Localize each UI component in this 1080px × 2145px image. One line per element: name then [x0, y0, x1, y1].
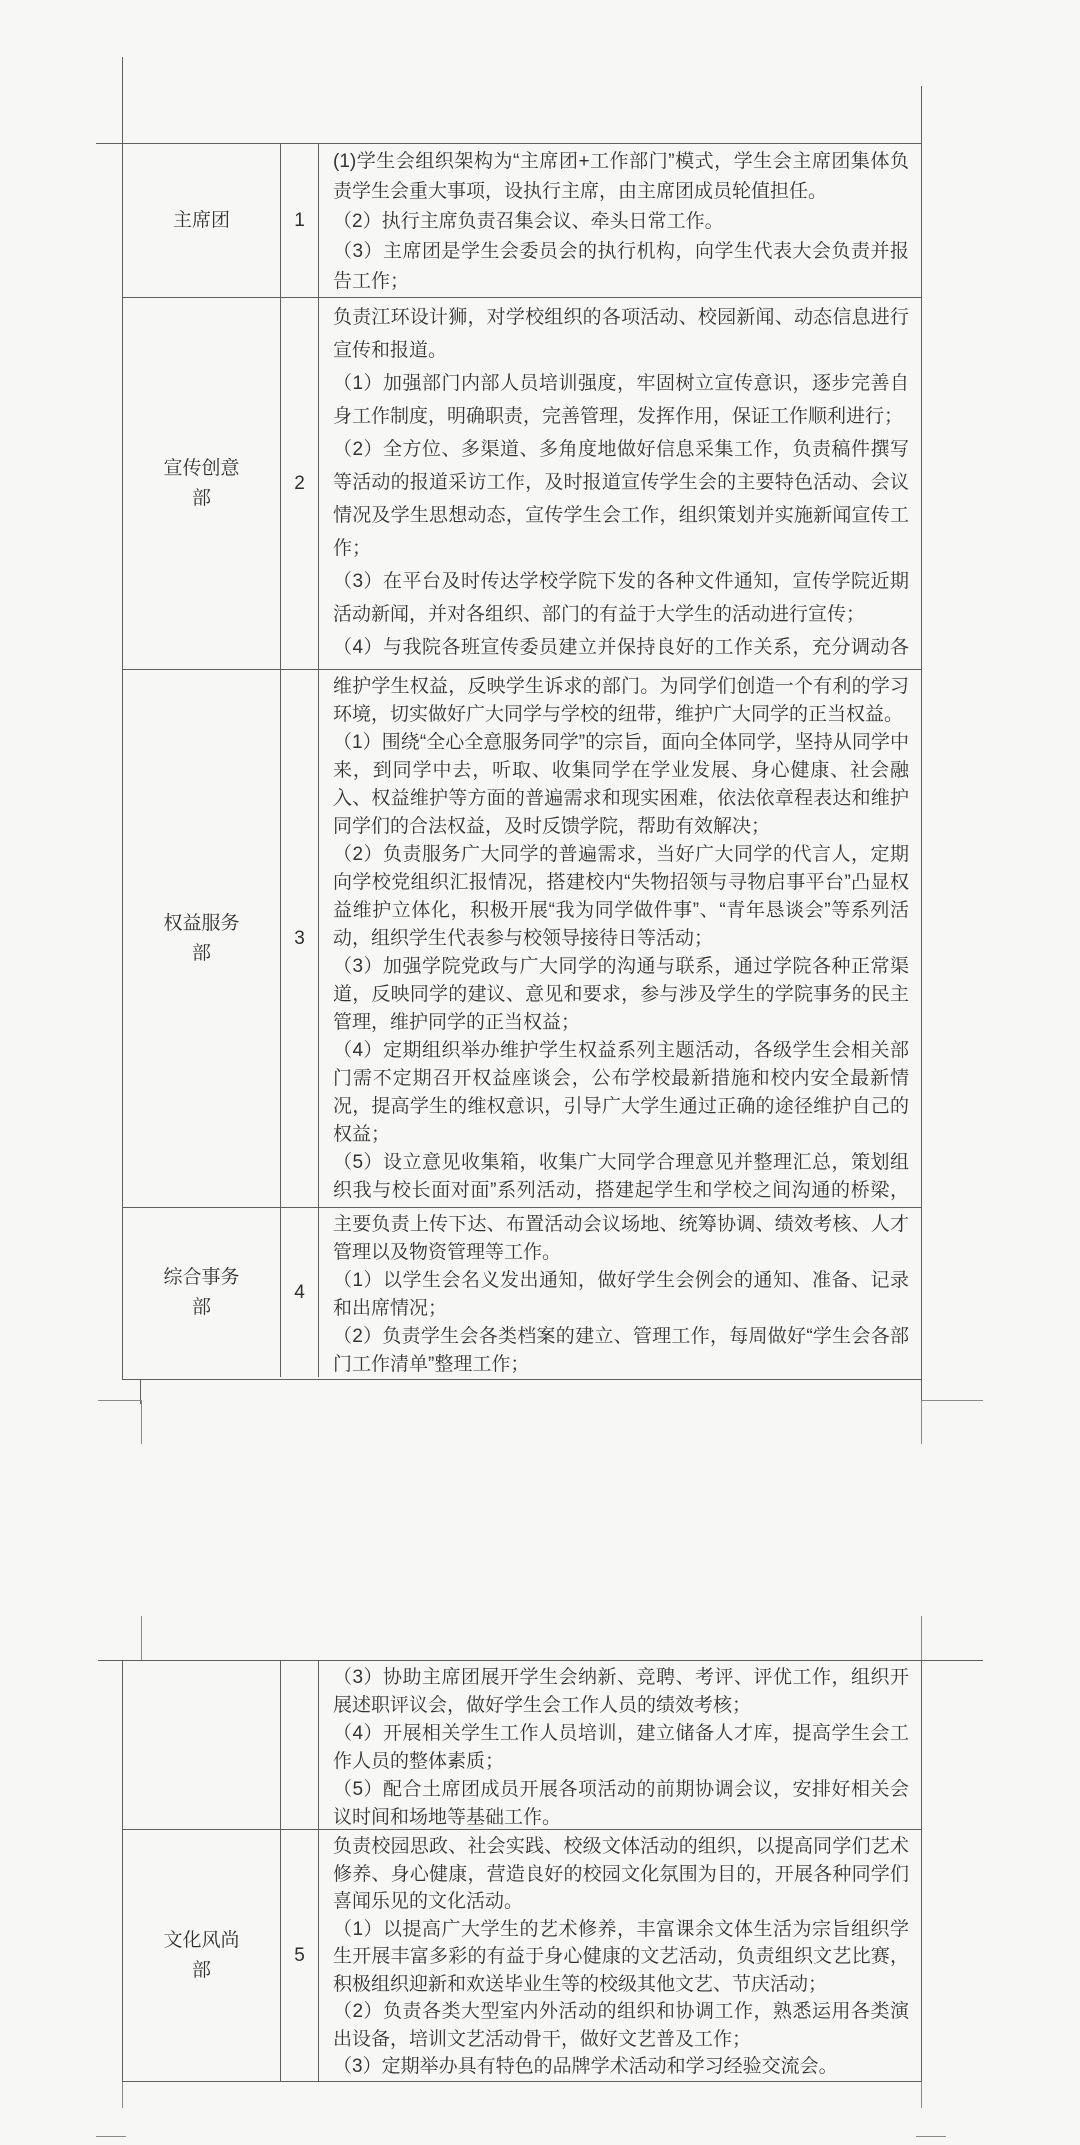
duty-paragraph: （2）负责学生会各类档案的建立、管理工作，每周做好“学生会各部门工作清单”整理工…: [333, 1323, 909, 1377]
department-cell: 主席团: [123, 144, 281, 297]
crop-mark-gap-bottomleft-v: [141, 1616, 142, 1660]
duty-paragraph: （2）负责服务广大同学的普遍需求，当好广大同学的代言人，定期向学校党组织汇报情况…: [333, 841, 909, 953]
duty-paragraph: （4）开展相关学生工作人员培训，建立储备人才库，提高学生会工作人员的整体素质；: [333, 1720, 909, 1776]
duty-paragraph: （3）定期举办具有特色的品牌学术活动和学习经验交流会。: [333, 2053, 909, 2081]
duty-paragraph: （3）在平台及时传达学校学院下发的各种文件通知，宣传学院近期活动新闻，并对各组织…: [333, 565, 909, 631]
crop-mark-gap-topright-h: [921, 1400, 983, 1401]
crop-mark-bottom-left-tick: [96, 2136, 126, 2137]
row-number-cell: [281, 1661, 319, 1829]
duties-cell: 主要负责上传下达、布置活动会议场地、统筹协调、绩效考核、人才管理以及物资管理等工…: [319, 1208, 921, 1377]
duties-cell: 负责校园思政、社会实践、校级文体活动的组织，以提高同学们艺术修养、身心健康，营造…: [319, 1830, 921, 2081]
row-number: 2: [294, 473, 305, 495]
duties-cell: 维护学生权益，反映学生诉求的部门。为同学们创造一个有利的学习环境，切实做好广大同…: [319, 670, 921, 1207]
duty-paragraph: （2）执行主席负责召集会议、牵头日常工作。: [333, 207, 909, 237]
duty-paragraph: 主要负责上传下达、布置活动会议场地、统筹协调、绩效考核、人才管理以及物资管理等工…: [333, 1211, 909, 1267]
crop-mark-top-left-vertical: [122, 57, 123, 143]
duty-paragraph: （1）加强部门内部人员培训强度，牢固树立宣传意识，逐步完善自身工作制度，明确职责…: [333, 367, 909, 433]
crop-mark-top-right-vertical: [921, 86, 922, 143]
row-number-cell: 2: [281, 298, 319, 669]
row-number-cell: 5: [281, 1830, 319, 2081]
crop-mark-bottom-left-stub: [122, 2082, 123, 2108]
duty-paragraph: （3）加强学院党政与广大同学的沟通与联系，通过学院各种正常渠道，反映同学的建议、…: [333, 953, 909, 1037]
crop-mark-bottom-right-tick: [916, 2136, 946, 2137]
duty-paragraph: （2）负责各类大型室内外活动的组织和协调工作，熟悉运用各类演出设备，培训文艺活动…: [333, 1998, 909, 2053]
duty-paragraph: （4）定期组织举办维护学生权益系列主题活动，各级学生会相关部门需不定期召开权益座…: [333, 1037, 909, 1149]
department-name: 文化风尚部: [156, 1926, 248, 1986]
duty-paragraph: 维护学生权益，反映学生诉求的部门。为同学们创造一个有利的学习环境，切实做好广大同…: [333, 673, 909, 729]
department-name: 宣传创意部: [156, 454, 248, 514]
row-number: 4: [294, 1282, 305, 1304]
department-name: 权益服务部: [156, 909, 248, 969]
duty-paragraph: (1)学生会组织架构为“主席团+工作部门”模式，学生会主席团集体负责学生会重大事…: [333, 147, 909, 207]
duty-paragraph: 负责校园思政、社会实践、校级文体活动的组织，以提高同学们艺术修养、身心健康，营造…: [333, 1833, 909, 1916]
crop-mark-gap-bottomright-v: [921, 1616, 922, 1660]
department-cell: 文化风尚部: [123, 1830, 281, 2081]
crop-mark-bottom-right-stub: [921, 2082, 922, 2108]
crop-mark-top-left-tick: [96, 143, 122, 144]
duty-paragraph: 负责江环设计狮，对学校组织的各项活动、校园新闻、动态信息进行宣传和报道。: [333, 301, 909, 367]
table-row: （3）协助主席团展开学生会纳新、竞聘、考评、评优工作，组织开展述职评议会，做好学…: [123, 1661, 921, 1829]
duty-paragraph: （3）协助主席团展开学生会纳新、竞聘、考评、评优工作，组织开展述职评议会，做好学…: [333, 1664, 909, 1720]
department-cell: 权益服务部: [123, 670, 281, 1207]
table-row: 宣传创意部 2 负责江环设计狮，对学校组织的各项活动、校园新闻、动态信息进行宣传…: [123, 297, 921, 669]
table-row: 权益服务部 3 维护学生权益，反映学生诉求的部门。为同学们创造一个有利的学习环境…: [123, 669, 921, 1207]
crop-mark-gap-topleft-h: [98, 1400, 142, 1401]
department-cell: [123, 1661, 281, 1829]
duty-paragraph: （1）以学生会名义发出通知，做好学生会例会的通知、准备、记录和出席情况；: [333, 1267, 909, 1323]
table-row: 文化风尚部 5 负责校园思政、社会实践、校级文体活动的组织，以提高同学们艺术修养…: [123, 1829, 921, 2081]
row-number-cell: 4: [281, 1208, 319, 1377]
row-number: 1: [294, 210, 305, 232]
crop-mark-gap-topright-v: [921, 1400, 922, 1444]
row-number-cell: 3: [281, 670, 319, 1207]
duties-cell: 负责江环设计狮，对学校组织的各项活动、校园新闻、动态信息进行宣传和报道。（1）加…: [319, 298, 921, 669]
department-cell: 宣传创意部: [123, 298, 281, 669]
department-cell: 综合事务部: [123, 1208, 281, 1377]
crop-mark-gap-topleft-v: [141, 1400, 142, 1444]
table-row: 主席团 1 (1)学生会组织架构为“主席团+工作部门”模式，学生会主席团集体负责…: [123, 144, 921, 297]
duties-cell: (1)学生会组织架构为“主席团+工作部门”模式，学生会主席团集体负责学生会重大事…: [319, 144, 921, 297]
department-name: 主席团: [173, 206, 230, 236]
duties-table-page1: 主席团 1 (1)学生会组织架构为“主席团+工作部门”模式，学生会主席团集体负责…: [122, 143, 922, 1380]
row-number: 5: [294, 1945, 305, 1967]
row-number: 3: [294, 928, 305, 950]
duty-paragraph: （5）设立意见收集箱，收集广大同学合理意见并整理汇总，策划组织我与校长面对面”系…: [333, 1149, 909, 1207]
duties-table-page2: （3）协助主席团展开学生会纳新、竞聘、考评、评优工作，组织开展述职评议会，做好学…: [122, 1660, 922, 2082]
duty-paragraph: （3）主席团是学生会委员会的执行机构，向学生代表大会负责并报告工作；: [333, 237, 909, 297]
duty-paragraph: （4）与我院各班宣传委员建立并保持良好的工作关系，充分调动各班宣传委员工作。: [333, 631, 909, 669]
duty-paragraph: （1）以提高广大学生的艺术修养，丰富课余文体生活为宗旨组织学生开展丰富多彩的有益…: [333, 1916, 909, 1999]
duty-paragraph: （2）全方位、多渠道、多角度地做好信息采集工作，负责稿件撰写等活动的报道采访工作…: [333, 433, 909, 565]
scanned-document-page: 主席团 1 (1)学生会组织架构为“主席团+工作部门”模式，学生会主席团集体负责…: [0, 0, 1080, 2145]
duty-paragraph: （5）配合土席团成员开展各项活动的前期协调会议，安排好相关会议时间和场地等基础工…: [333, 1776, 909, 1829]
duties-cell: （3）协助主席团展开学生会纳新、竞聘、考评、评优工作，组织开展述职评议会，做好学…: [319, 1661, 921, 1829]
table-row: 综合事务部 4 主要负责上传下达、布置活动会议场地、统筹协调、绩效考核、人才管理…: [123, 1207, 921, 1377]
department-name: 综合事务部: [156, 1263, 248, 1323]
duty-paragraph: （1）围绕“全心全意服务同学”的宗旨，面向全体同学，坚持从同学中来，到同学中去，…: [333, 729, 909, 841]
row-number-cell: 1: [281, 144, 319, 297]
